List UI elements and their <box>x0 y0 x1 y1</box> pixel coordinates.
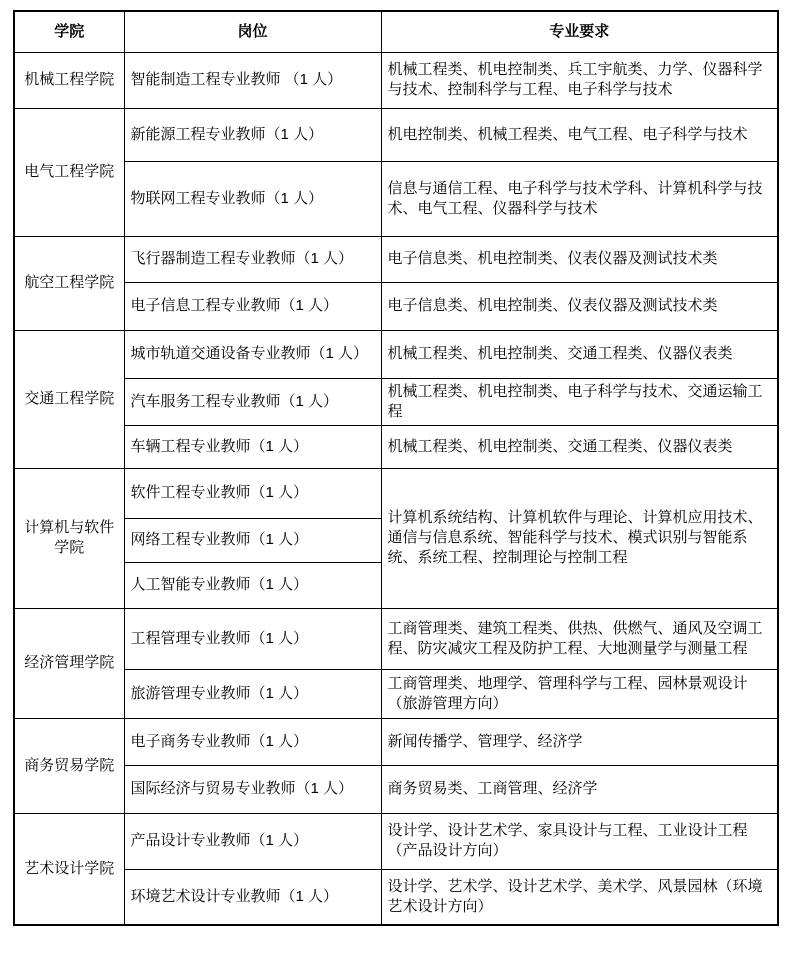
requirements-cell: 机械工程类、机电控制类、交通工程类、仪器仪表类 <box>381 330 778 378</box>
position-cell: 物联网工程专业教师（1 人） <box>124 161 381 236</box>
position-cell: 电子商务专业教师（1 人） <box>124 718 381 765</box>
requirements-cell: 新闻传播学、管理学、经济学 <box>381 718 778 765</box>
table-row: 机械工程学院 智能制造工程专业教师 （1 人） 机械工程类、机电控制类、兵工宇航… <box>14 52 778 108</box>
requirements-cell: 工商管理类、建筑工程类、供热、供燃气、通风及空调工程、防灾减灾工程及防护工程、大… <box>381 608 778 669</box>
table-row: 汽车服务工程专业教师（1 人） 机械工程类、机电控制类、电子科学与技术、交通运输… <box>14 378 778 425</box>
requirements-cell: 工商管理类、地理学、管理科学与工程、园林景观设计（旅游管理方向） <box>381 669 778 718</box>
requirements-cell: 设计学、设计艺术学、家具设计与工程、工业设计工程（产品设计方向） <box>381 813 778 869</box>
college-cell: 交通工程学院 <box>14 330 124 468</box>
table-row: 经济管理学院 工程管理专业教师（1 人） 工商管理类、建筑工程类、供热、供燃气、… <box>14 608 778 669</box>
position-cell: 环境艺术设计专业教师（1 人） <box>124 869 381 925</box>
table-row: 环境艺术设计专业教师（1 人） 设计学、艺术学、设计艺术学、美术学、风景园林（环… <box>14 869 778 925</box>
header-row: 学院 岗位 专业要求 <box>14 11 778 52</box>
position-cell: 飞行器制造工程专业教师（1 人） <box>124 236 381 282</box>
requirements-cell: 机械工程类、机电控制类、交通工程类、仪器仪表类 <box>381 425 778 468</box>
position-cell: 新能源工程专业教师（1 人） <box>124 108 381 161</box>
position-cell: 旅游管理专业教师（1 人） <box>124 669 381 718</box>
requirements-cell: 电子信息类、机电控制类、仪表仪器及测试技术类 <box>381 282 778 330</box>
college-cell: 计算机与软件学院 <box>14 468 124 608</box>
table-row: 物联网工程专业教师（1 人） 信息与通信工程、电子科学与技术学科、计算机科学与技… <box>14 161 778 236</box>
position-cell: 软件工程专业教师（1 人） <box>124 468 381 518</box>
header-position: 岗位 <box>124 11 381 52</box>
table-row: 艺术设计学院 产品设计专业教师（1 人） 设计学、设计艺术学、家具设计与工程、工… <box>14 813 778 869</box>
header-college: 学院 <box>14 11 124 52</box>
position-cell: 电子信息工程专业教师（1 人） <box>124 282 381 330</box>
position-cell: 车辆工程专业教师（1 人） <box>124 425 381 468</box>
college-cell: 商务贸易学院 <box>14 718 124 813</box>
college-cell: 艺术设计学院 <box>14 813 124 925</box>
table-row: 国际经济与贸易专业教师（1 人） 商务贸易类、工商管理、经济学 <box>14 765 778 813</box>
position-cell: 网络工程专业教师（1 人） <box>124 518 381 562</box>
college-cell: 机械工程学院 <box>14 52 124 108</box>
requirements-cell: 电子信息类、机电控制类、仪表仪器及测试技术类 <box>381 236 778 282</box>
position-cell: 人工智能专业教师（1 人） <box>124 562 381 608</box>
requirements-cell: 机械工程类、机电控制类、兵工宇航类、力学、仪器科学与技术、控制科学与工程、电子科… <box>381 52 778 108</box>
position-cell: 产品设计专业教师（1 人） <box>124 813 381 869</box>
college-cell: 电气工程学院 <box>14 108 124 236</box>
table-row: 旅游管理专业教师（1 人） 工商管理类、地理学、管理科学与工程、园林景观设计（旅… <box>14 669 778 718</box>
requirements-cell: 计算机系统结构、计算机软件与理论、计算机应用技术、通信与信息系统、智能科学与技术… <box>381 468 778 608</box>
position-cell: 汽车服务工程专业教师（1 人） <box>124 378 381 425</box>
table-row: 电气工程学院 新能源工程专业教师（1 人） 机电控制类、机械工程类、电气工程、电… <box>14 108 778 161</box>
table-row: 交通工程学院 城市轨道交通设备专业教师（1 人） 机械工程类、机电控制类、交通工… <box>14 330 778 378</box>
requirements-cell: 商务贸易类、工商管理、经济学 <box>381 765 778 813</box>
requirements-cell: 信息与通信工程、电子科学与技术学科、计算机科学与技术、电气工程、仪器科学与技术 <box>381 161 778 236</box>
college-cell: 经济管理学院 <box>14 608 124 718</box>
college-cell: 航空工程学院 <box>14 236 124 330</box>
position-cell: 工程管理专业教师（1 人） <box>124 608 381 669</box>
requirements-cell: 机械工程类、机电控制类、电子科学与技术、交通运输工程 <box>381 378 778 425</box>
position-cell: 智能制造工程专业教师 （1 人） <box>124 52 381 108</box>
header-requirements: 专业要求 <box>381 11 778 52</box>
table-row: 航空工程学院 飞行器制造工程专业教师（1 人） 电子信息类、机电控制类、仪表仪器… <box>14 236 778 282</box>
table-row: 计算机与软件学院 软件工程专业教师（1 人） 计算机系统结构、计算机软件与理论、… <box>14 468 778 518</box>
requirements-cell: 机电控制类、机械工程类、电气工程、电子科学与技术 <box>381 108 778 161</box>
requirements-cell: 设计学、艺术学、设计艺术学、美术学、风景园林（环境艺术设计方向） <box>381 869 778 925</box>
table-row: 电子信息工程专业教师（1 人） 电子信息类、机电控制类、仪表仪器及测试技术类 <box>14 282 778 330</box>
position-cell: 国际经济与贸易专业教师（1 人） <box>124 765 381 813</box>
recruitment-table: 学院 岗位 专业要求 机械工程学院 智能制造工程专业教师 （1 人） 机械工程类… <box>13 10 779 926</box>
table-row: 车辆工程专业教师（1 人） 机械工程类、机电控制类、交通工程类、仪器仪表类 <box>14 425 778 468</box>
table-row: 商务贸易学院 电子商务专业教师（1 人） 新闻传播学、管理学、经济学 <box>14 718 778 765</box>
position-cell: 城市轨道交通设备专业教师（1 人） <box>124 330 381 378</box>
